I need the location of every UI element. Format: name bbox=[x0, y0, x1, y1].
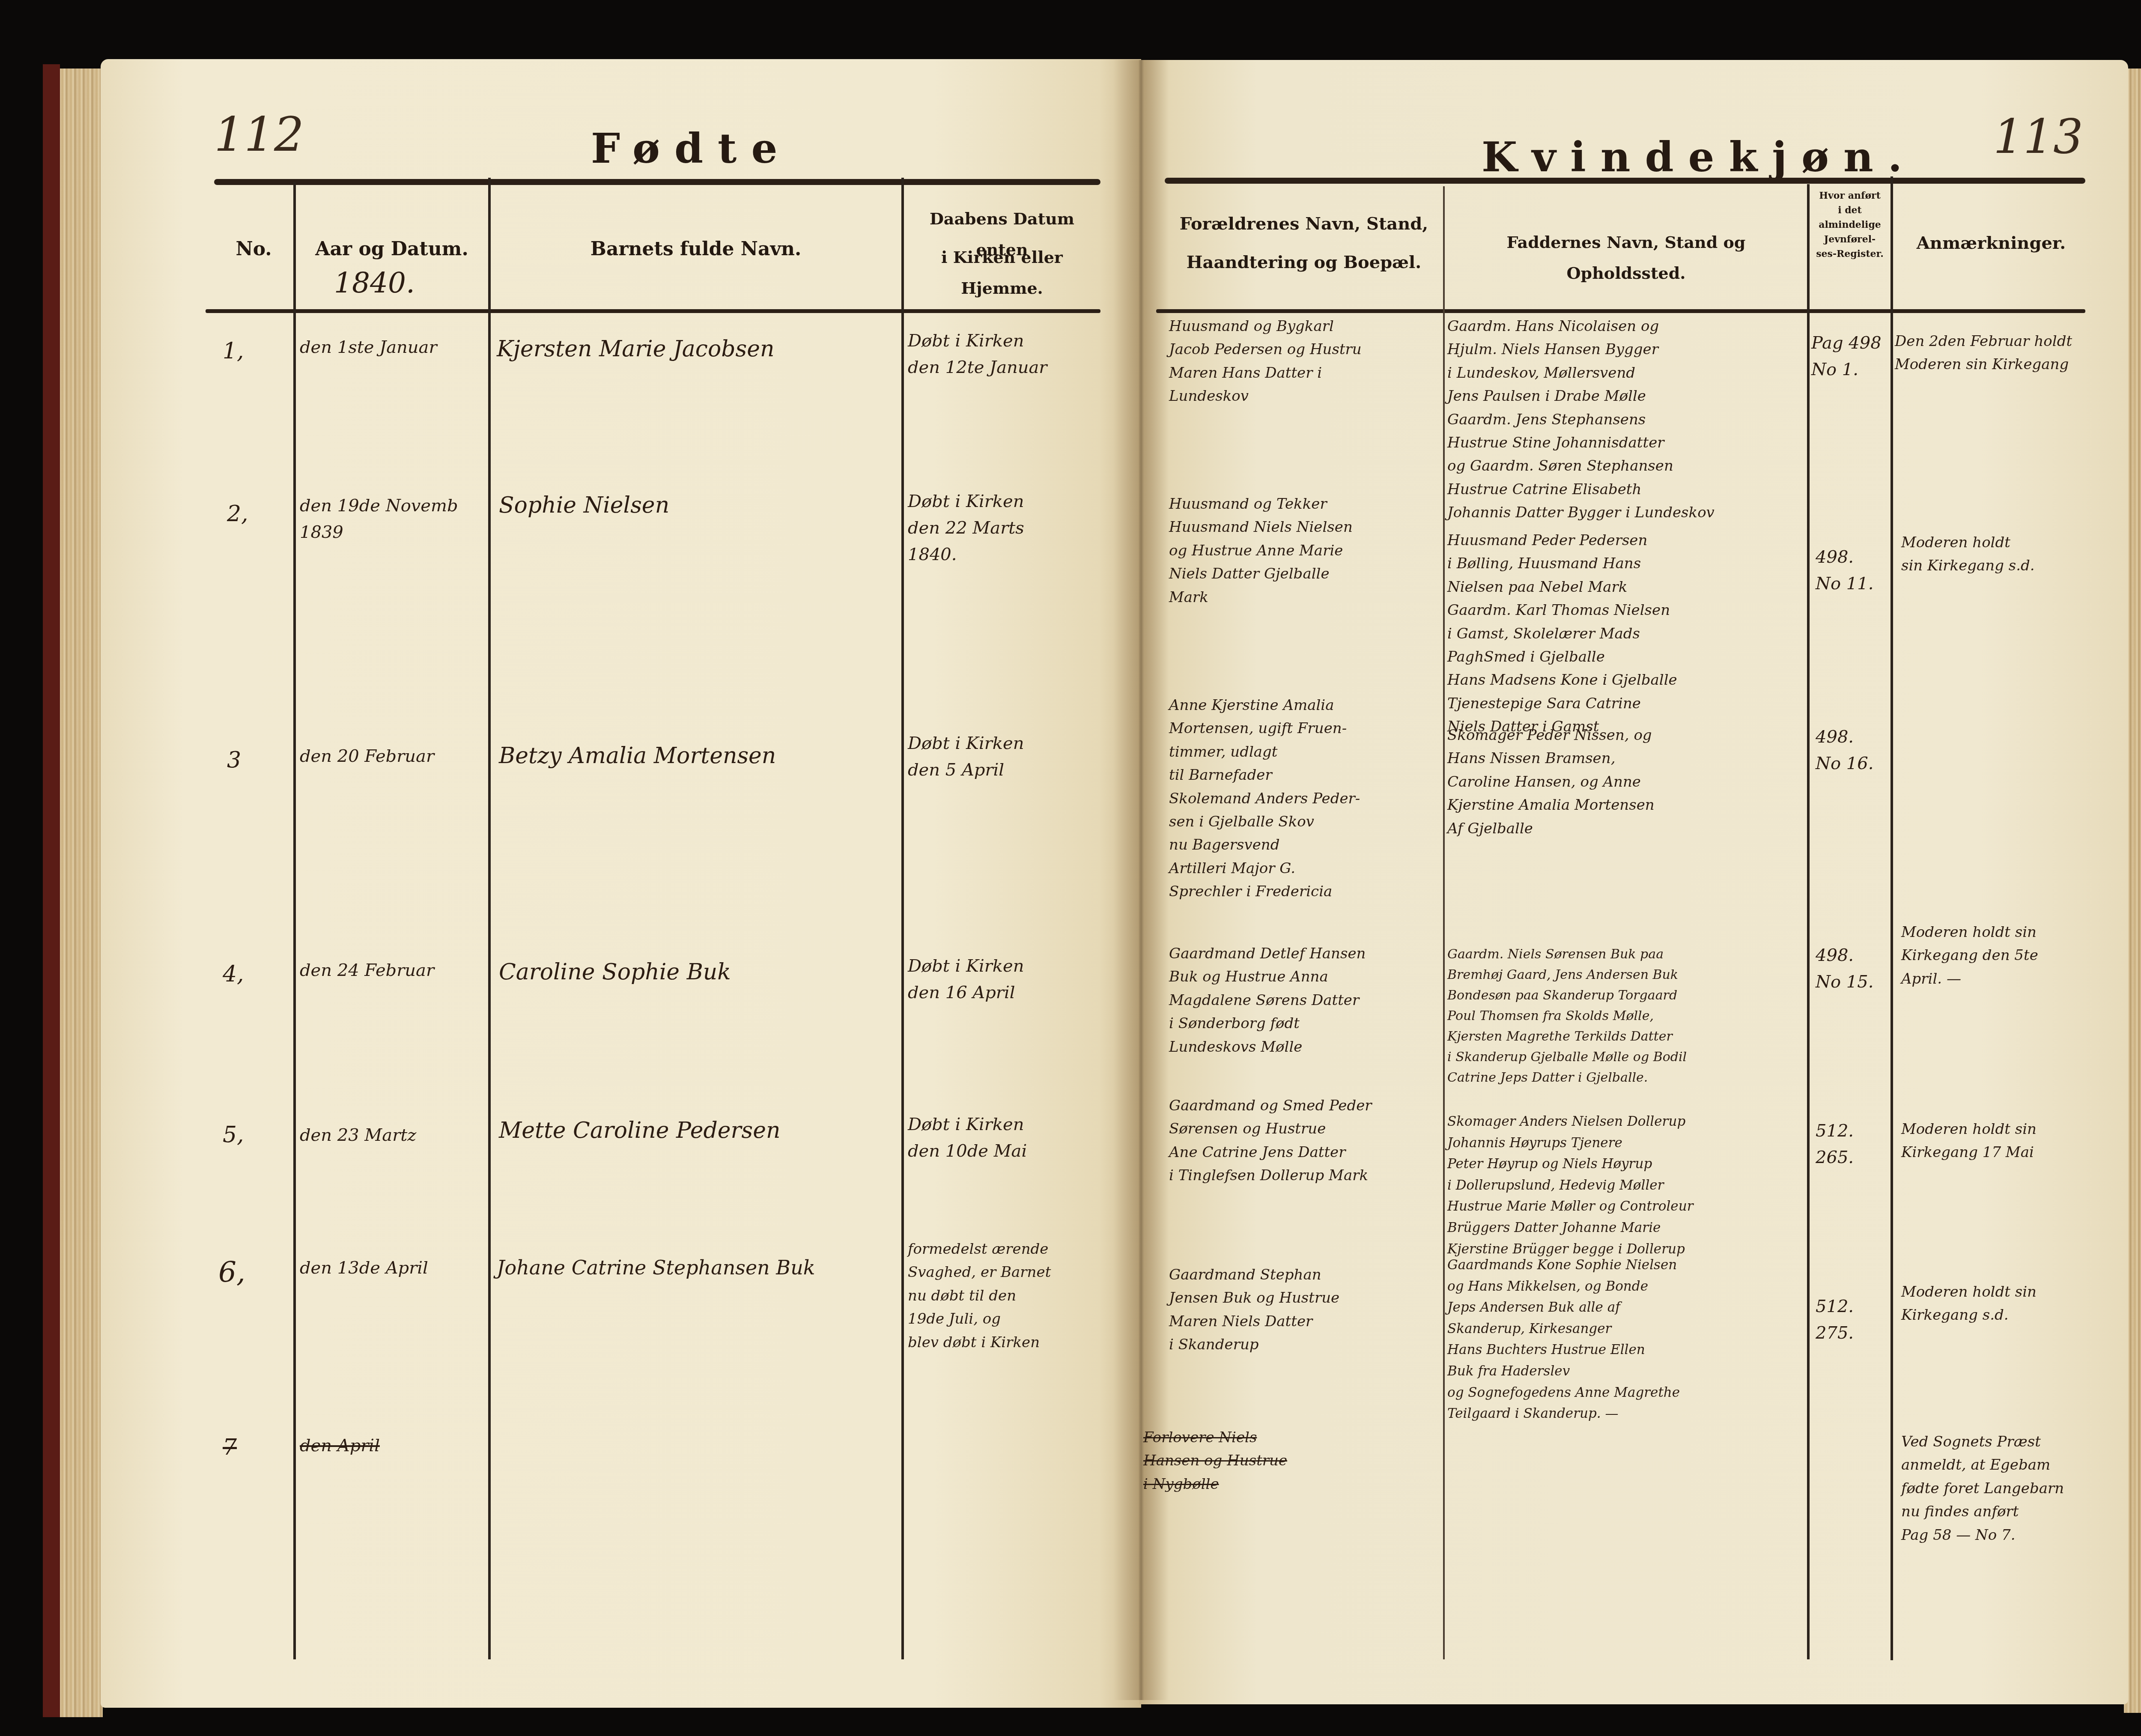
entry-4-date: den 24 Februar bbox=[300, 957, 434, 984]
column-header-remarks: Anmærkninger. bbox=[1893, 227, 2090, 260]
column-divider bbox=[293, 182, 296, 1659]
column-header-godparents: Faddernes Navn, Stand og Opholdssted. bbox=[1445, 227, 1807, 289]
entry-6-parents: Gaardmand Stephan Jensen Buk og Hustrue … bbox=[1169, 1263, 1443, 1357]
entry-3-parents: Anne Kjerstine Amalia Mortensen, ugift F… bbox=[1169, 694, 1443, 904]
column-header-no: No. bbox=[214, 231, 293, 267]
entry-6-register: 512. 275. bbox=[1816, 1293, 1854, 1346]
entry-1-baptism: Døbt i Kirken den 12te Januar bbox=[908, 328, 1047, 381]
entry-2-child-name: Sophie Nielsen bbox=[499, 488, 669, 523]
entry-1-date: den 1ste Januar bbox=[300, 334, 437, 361]
column-header-baptism-line2: i Kirken eller Hjemme. bbox=[904, 242, 1100, 304]
header-bottom-rule-left bbox=[206, 309, 1100, 313]
page-title-left: Fødte bbox=[591, 124, 792, 173]
entry-3-date: den 20 Februar bbox=[300, 743, 434, 770]
page-title-right: Kvindekjøn. bbox=[1482, 133, 1917, 181]
entry-5-no: 5, bbox=[223, 1118, 244, 1152]
entry-1-child-name: Kjersten Marie Jacobsen bbox=[497, 332, 775, 367]
entry-6-child-name: Johane Catrine Stephansen Buk bbox=[497, 1253, 815, 1283]
entry-6-remarks: Moderen holdt sin Kirkegang s.d. bbox=[1901, 1280, 2037, 1327]
entry-7-parents: Forlovere Niels Hansen og Hustrue i Nygb… bbox=[1143, 1426, 1417, 1496]
entry-5-child-name: Mette Caroline Pedersen bbox=[499, 1113, 780, 1148]
entry-5-parents: Gaardmand og Smed Peder Sørensen og Hust… bbox=[1169, 1094, 1443, 1187]
entry-5-baptism: Døbt i Kirken den 10de Mai bbox=[908, 1111, 1027, 1164]
header-top-rule-right bbox=[1165, 178, 2085, 184]
entry-2-parents: Huusmand og Tekker Huusmand Niels Nielse… bbox=[1169, 492, 1443, 609]
entry-6-godparents: Gaardmands Kone Sophie Nielsen og Hans M… bbox=[1447, 1255, 1807, 1425]
entry-7-remarks: Ved Sognets Præst anmeldt, at Egebam fød… bbox=[1901, 1430, 2064, 1547]
entry-4-godparents: Gaardm. Niels Sørensen Buk paa Bremhøj G… bbox=[1447, 944, 1807, 1088]
column-header-child-name: Barnets fulde Navn. bbox=[490, 231, 901, 267]
left-page-edges bbox=[60, 69, 103, 1717]
entry-1-remarks: Den 2den Februar holdt Moderen sin Kirke… bbox=[1895, 330, 2072, 376]
entry-2-no: 2, bbox=[227, 497, 248, 531]
entry-4-no: 4, bbox=[223, 957, 244, 992]
entry-5-register: 512. 265. bbox=[1816, 1118, 1854, 1171]
column-divider bbox=[488, 178, 491, 1659]
book-cover-left-edge bbox=[43, 64, 60, 1717]
column-divider bbox=[1443, 186, 1445, 1659]
entry-1-register: Pag 498 No 1. bbox=[1811, 330, 1882, 383]
column-header-parents-line2: Haandtering og Boepæl. bbox=[1165, 246, 1443, 279]
entry-7-date: den April bbox=[300, 1432, 380, 1459]
entry-3-godparents: Skomager Peder Nissen, og Hans Nissen Br… bbox=[1447, 724, 1807, 840]
year-written: 1840. bbox=[334, 261, 415, 305]
entry-1-no: 1, bbox=[223, 334, 244, 369]
entry-4-child-name: Caroline Sophie Buk bbox=[499, 955, 731, 990]
entry-4-parents: Gaardmand Detlef Hansen Buk og Hustrue A… bbox=[1169, 942, 1443, 1059]
entry-2-godparents: Huusmand Peder Pedersen i Bølling, Huusm… bbox=[1447, 529, 1807, 739]
entry-2-baptism: Døbt i Kirken den 22 Marts 1840. bbox=[908, 488, 1024, 568]
entry-3-child-name: Betzy Amalia Mortensen bbox=[499, 739, 776, 773]
entry-3-no: 3 bbox=[227, 743, 241, 778]
entry-4-register: 498. No 15. bbox=[1816, 942, 1873, 995]
entry-4-remarks: Moderen holdt sin Kirkegang den 5te Apri… bbox=[1901, 921, 2038, 990]
column-divider bbox=[1891, 176, 1893, 1660]
header-top-rule-left bbox=[214, 179, 1100, 185]
column-divider bbox=[901, 178, 904, 1659]
entry-6-baptism: formedelst ærende Svaghed, er Barnet nu … bbox=[908, 1238, 1051, 1354]
entry-5-date: den 23 Martz bbox=[300, 1122, 416, 1148]
entry-5-remarks: Moderen holdt sin Kirkegang 17 Mai bbox=[1901, 1118, 2037, 1164]
column-header-register: Hvor anført i det almindelige Jevnførel-… bbox=[1809, 188, 1891, 261]
header-bottom-rule-right bbox=[1156, 309, 2085, 313]
entry-3-baptism: Døbt i Kirken den 5 April bbox=[908, 730, 1024, 783]
column-divider bbox=[1807, 184, 1810, 1659]
entry-2-remarks: Moderen holdt sin Kirkegang s.d. bbox=[1901, 531, 2035, 578]
entry-2-date: den 19de Novemb 1839 bbox=[300, 492, 458, 546]
entry-2-register: 498. No 11. bbox=[1816, 544, 1873, 597]
column-header-parents-line1: Forældrenes Navn, Stand, bbox=[1165, 208, 1443, 240]
entry-5-godparents: Skomager Anders Nielsen Dollerup Johanni… bbox=[1447, 1111, 1807, 1260]
entry-6-date: den 13de April bbox=[300, 1255, 428, 1281]
left-page bbox=[101, 59, 1141, 1708]
entry-6-no: 6, bbox=[218, 1250, 245, 1294]
entry-3-register: 498. No 16. bbox=[1816, 724, 1873, 777]
entry-4-baptism: Døbt i Kirken den 16 April bbox=[908, 953, 1024, 1006]
page-number-left: 112 bbox=[214, 107, 304, 162]
page-number-right: 113 bbox=[1993, 109, 2083, 164]
entry-1-parents: Huusmand og Bygkarl Jacob Pedersen og Hu… bbox=[1169, 315, 1443, 408]
entry-7-no: 7 bbox=[223, 1430, 237, 1465]
entry-1-godparents: Gaardm. Hans Nicolaisen og Hjulm. Niels … bbox=[1447, 315, 1807, 525]
